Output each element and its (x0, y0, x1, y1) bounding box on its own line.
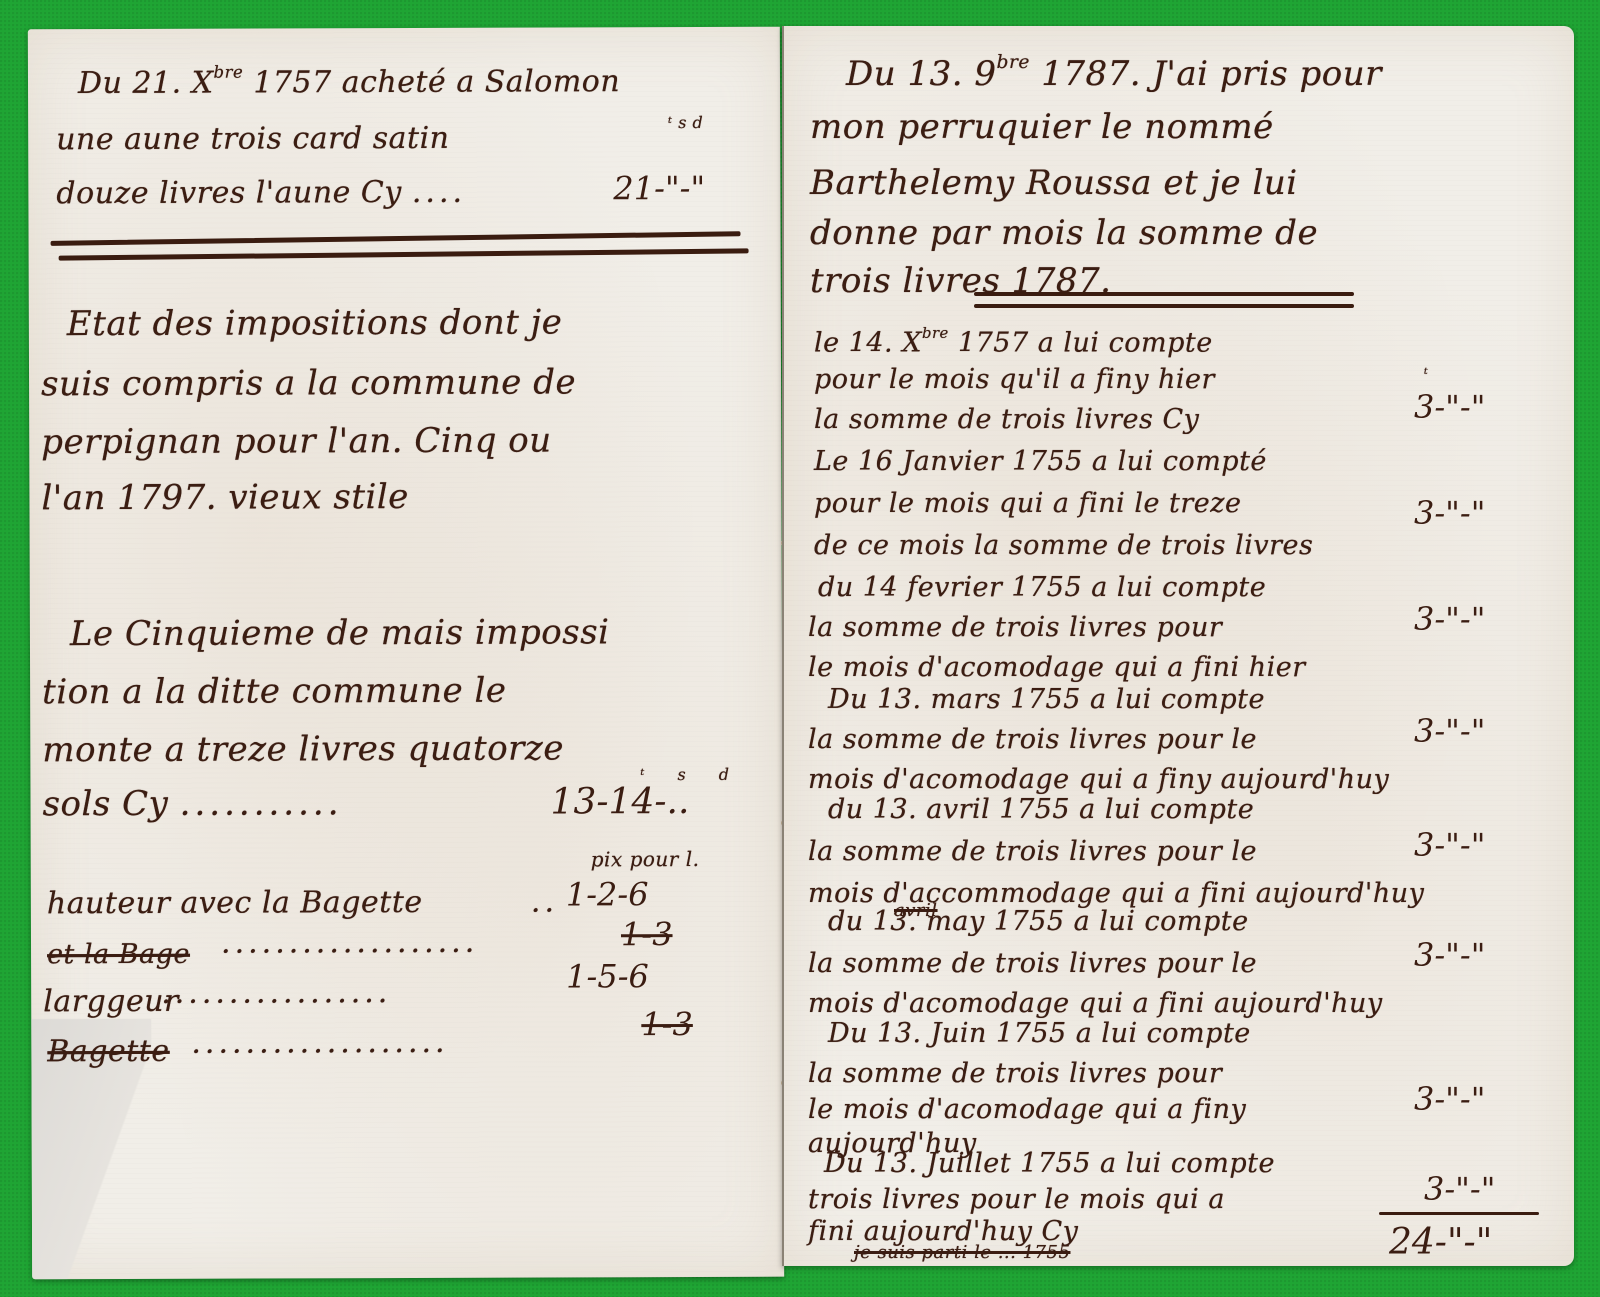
measure-row-label: hauteur avec la Bagette (47, 888, 423, 919)
payment-line: fini aujourd'huy Cy (808, 1218, 1078, 1245)
tax-heading-line-1: Etat des impositions dont je (67, 305, 563, 341)
tax-entry-line-3: monte a treze livres quatorze (42, 731, 564, 767)
payment-amount: 3-"-" (1414, 712, 1485, 750)
payment-line: du 13. avril 1755 a lui compte (828, 796, 1254, 823)
payment-amount: 3-"-" (1414, 936, 1485, 974)
tax-heading-line-4: l'an 1797. vieux stile (41, 480, 409, 515)
payment-line: la somme de trois livres pour (808, 1060, 1222, 1087)
payment-line: mois d'acomodage qui a finy aujourd'huy (808, 766, 1389, 793)
payment-amount: 3-"-" (1414, 494, 1485, 532)
payment-amount: 3-"-" (1424, 1170, 1495, 1208)
hire-line-4: donne par mois la somme de (810, 216, 1318, 250)
measure-row-value: 1-2-6 (566, 875, 649, 913)
payment-amount: 3-"-" (1414, 600, 1485, 638)
payment-line: Du 13. Juillet 1755 a lui compte (824, 1150, 1275, 1177)
measure-row-value-struck: 1-3 (641, 1005, 693, 1043)
measures-header-note: pix pour l. (591, 849, 700, 869)
payment-line: du 14 fevrier 1755 a lui compte (818, 574, 1266, 601)
payment-line: pour le mois qui a fini le treze (814, 490, 1242, 517)
tax-entry-line-4: sols Cy ........... (42, 786, 342, 821)
tax-entry-line-2: tion a la ditte commune le (42, 674, 506, 710)
hire-line-1: Du 13. 9bre 1787. J'ai pris pour (846, 54, 1382, 91)
tax-amount: 13-14-.. (550, 781, 689, 822)
payment-amount: 3-"-" (1414, 388, 1485, 426)
payment-line: Le 16 Janvier 1755 a lui compté (814, 448, 1267, 475)
purchase-line-2: une aune trois card satin (56, 124, 449, 155)
struck-note: je suis parti le ... 1755 (854, 1244, 1070, 1262)
total-rule (1379, 1212, 1539, 1215)
measure-row-label-struck: et la Bage (47, 941, 190, 968)
double-rule-bottom (974, 304, 1354, 308)
payment-amount: 3-"-" (1414, 1080, 1485, 1118)
payment-unit-note: ᵗ (1424, 366, 1428, 382)
measure-row-leaders: ................... (191, 1028, 448, 1059)
payment-line: la somme de trois livres pour (808, 614, 1222, 641)
hire-line-3: Barthelemy Roussa et je lui (810, 166, 1298, 200)
right-page: Du 13. 9bre 1787. J'ai pris pour mon per… (782, 26, 1574, 1266)
hire-line-2: mon perruquier le nommé (810, 110, 1274, 144)
payment-line: la somme de trois livres pour le (808, 726, 1257, 753)
payment-line: la somme de trois livres pour le (808, 950, 1257, 977)
left-page: Du 21. Xbre 1757 acheté a Salomon une au… (28, 27, 784, 1280)
purchase-line-1: Du 21. Xbre 1757 acheté a Salomon (78, 63, 620, 99)
payment-line: le mois d'acomodage qui a finy (808, 1096, 1246, 1123)
double-rule-bottom (59, 248, 749, 260)
total-amount: 24-"-" (1389, 1222, 1492, 1263)
tax-heading-line-3: perpignan pour l'an. Cinq ou (41, 423, 551, 459)
payment-line: Du 13. mars 1755 a lui compte (828, 686, 1265, 713)
payment-line: la somme de trois livres pour le (808, 838, 1257, 865)
payment-line: de ce mois la somme de trois livres (814, 532, 1313, 559)
payment-line: mois d'acomodage qui a fini aujourd'huy (808, 990, 1383, 1017)
measure-row-leaders: ................... (221, 928, 478, 959)
purchase-amount: 21-"-" (613, 169, 705, 207)
double-rule-top (974, 292, 1354, 296)
measure-row-value-struck: 1-3 (621, 915, 673, 953)
purchase-units-note: ᵗ s d (668, 115, 703, 131)
payment-line: du 13. may 1755 a lui compte (828, 908, 1249, 935)
payment-line: le mois d'acomodage qui a fini hier (808, 654, 1306, 681)
measure-row-label-struck: Bagette (47, 1037, 169, 1067)
payment-amount: 3-"-" (1414, 826, 1485, 864)
measure-row-leaders: ................. (161, 978, 391, 1009)
payment-line: le 14. Xbre 1757 a lui compte (814, 326, 1213, 356)
tax-heading-line-2: suis compris a la commune de (41, 365, 576, 401)
measure-row-leaders: .. (531, 887, 558, 917)
payment-line: trois livres pour le mois qui a (808, 1186, 1225, 1213)
payment-line: la somme de trois livres Cy (814, 406, 1199, 433)
payment-line: Du 13. Juin 1755 a lui compte (828, 1020, 1251, 1047)
tax-entry-line-1: Le Cinquieme de mais impossi (70, 615, 610, 651)
measure-row-label: larggeur (43, 987, 179, 1017)
payment-line: pour le mois qu'il a finy hier (814, 366, 1215, 393)
purchase-line-3: douze livres l'aune Cy .... (56, 178, 466, 209)
double-rule-top (51, 231, 741, 246)
measure-row-value: 1-5-6 (566, 957, 649, 995)
